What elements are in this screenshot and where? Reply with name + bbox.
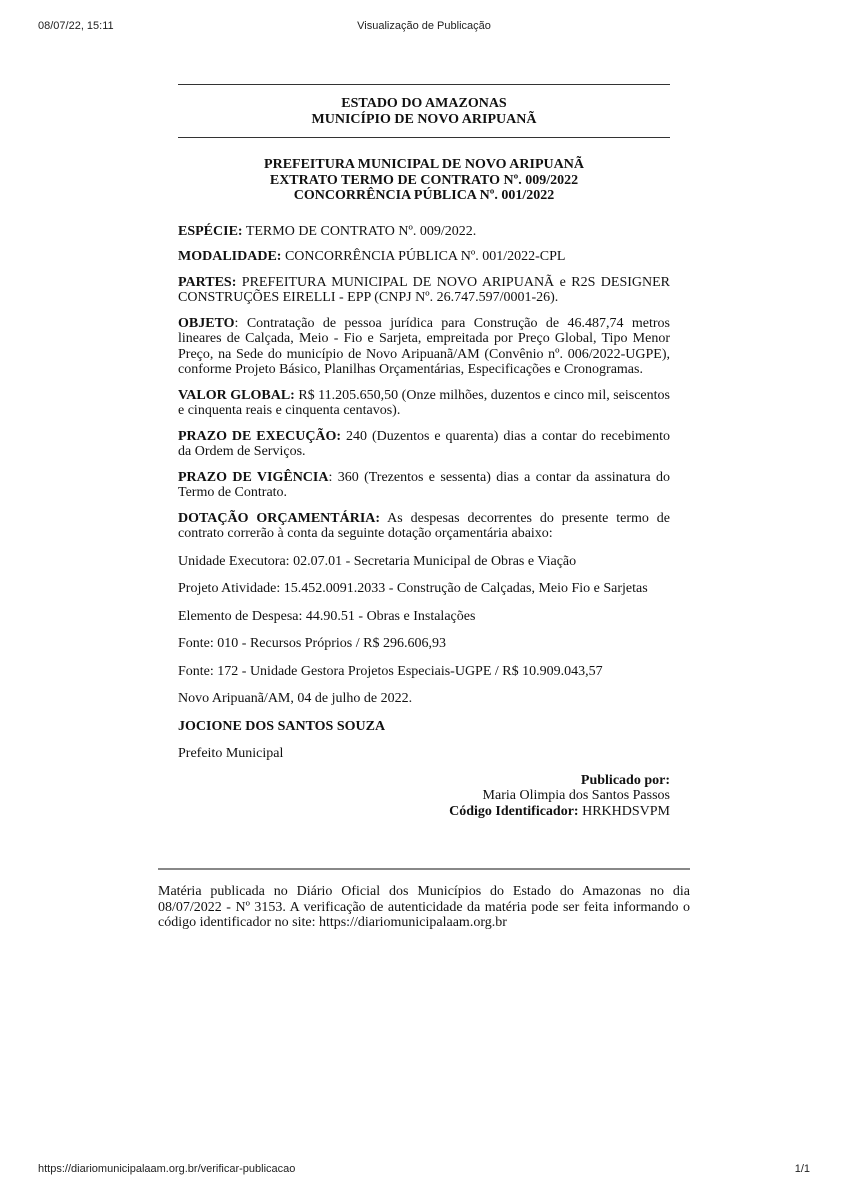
field-label: ESPÉCIE: <box>178 224 243 239</box>
state-header: ESTADO DO AMAZONAS MUNICÍPIO DE NOVO ARI… <box>178 85 670 137</box>
procurement-title: CONCORRÊNCIA PÚBLICA Nº. 001/2022 <box>178 188 670 204</box>
municipality-name: MUNICÍPIO DE NOVO ARIPUANÃ <box>178 112 670 128</box>
code-value: HRKHDSVPM <box>579 804 670 819</box>
budget-projeto-atividade: Projeto Atividade: 15.452.0091.2033 - Co… <box>178 581 670 597</box>
field-objeto: OBJETO: Contratação de pessoa jurídica p… <box>178 316 670 378</box>
field-label: OBJETO <box>178 316 235 331</box>
field-label: PRAZO DE EXECUÇÃO: <box>178 429 341 444</box>
document-title: EXTRATO TERMO DE CONTRATO Nº. 009/2022 <box>178 173 670 189</box>
field-value: CONCORRÊNCIA PÚBLICA Nº. 001/2022-CPL <box>281 249 565 264</box>
field-value: TERMO DE CONTRATO Nº. 009/2022. <box>243 224 477 239</box>
field-modalidade: MODALIDADE: CONCORRÊNCIA PÚBLICA Nº. 001… <box>178 249 670 265</box>
code-label: Código Identificador: <box>449 804 579 819</box>
signer-role: Prefeito Municipal <box>178 746 670 762</box>
footer-rule <box>158 868 690 870</box>
entity-name: PREFEITURA MUNICIPAL DE NOVO ARIPUANÃ <box>178 157 670 173</box>
budget-unidade-executora: Unidade Executora: 02.07.01 - Secretaria… <box>178 554 670 570</box>
print-header: 08/07/22, 15:11 Visualização de Publicaç… <box>0 20 848 36</box>
document-heading: PREFEITURA MUNICIPAL DE NOVO ARIPUANÃ EX… <box>178 138 670 204</box>
publication-footer-note: Matéria publicada no Diário Oficial dos … <box>158 868 690 931</box>
published-by-label: Publicado por: <box>581 773 670 788</box>
budget-fonte-172: Fonte: 172 - Unidade Gestora Projetos Es… <box>178 664 670 680</box>
field-label: MODALIDADE: <box>178 249 281 264</box>
field-value: PREFEITURA MUNICIPAL DE NOVO ARIPUANÃ e … <box>178 275 670 306</box>
footer-note-text: Matéria publicada no Diário Oficial dos … <box>158 884 690 931</box>
field-label: PRAZO DE VIGÊNCIA <box>178 470 328 485</box>
publication-info: Publicado por: Maria Olimpia dos Santos … <box>178 773 670 820</box>
field-prazo-vigencia: PRAZO DE VIGÊNCIA: 360 (Trezentos e sess… <box>178 470 670 501</box>
field-valor-global: VALOR GLOBAL: R$ 11.205.650,50 (Onze mil… <box>178 388 670 419</box>
budget-fonte-010: Fonte: 010 - Recursos Próprios / R$ 296.… <box>178 636 670 652</box>
state-name: ESTADO DO AMAZONAS <box>178 96 670 112</box>
field-label: DOTAÇÃO ORÇAMENTÁRIA: <box>178 511 380 526</box>
published-by-name: Maria Olimpia dos Santos Passos <box>178 788 670 804</box>
field-label: VALOR GLOBAL: <box>178 388 295 403</box>
budget-elemento-despesa: Elemento de Despesa: 44.90.51 - Obras e … <box>178 609 670 625</box>
field-especie: ESPÉCIE: TERMO DE CONTRATO Nº. 009/2022. <box>178 224 670 240</box>
field-dotacao: DOTAÇÃO ORÇAMENTÁRIA: As despesas decorr… <box>178 511 670 542</box>
publication-document: ESTADO DO AMAZONAS MUNICÍPIO DE NOVO ARI… <box>178 84 670 819</box>
field-prazo-execucao: PRAZO DE EXECUÇÃO: 240 (Duzentos e quare… <box>178 429 670 460</box>
print-url: https://diariomunicipalaam.org.br/verifi… <box>38 1163 295 1175</box>
field-label: PARTES: <box>178 275 236 290</box>
page-number: 1/1 <box>795 1163 810 1175</box>
print-footer: https://diariomunicipalaam.org.br/verifi… <box>0 1163 848 1179</box>
print-title: Visualização de Publicação <box>0 20 848 32</box>
field-value: : Contratação de pessoa jurídica para Co… <box>178 316 670 378</box>
signer-name: JOCIONE DOS SANTOS SOUZA <box>178 719 670 735</box>
field-partes: PARTES: PREFEITURA MUNICIPAL DE NOVO ARI… <box>178 275 670 306</box>
place-date: Novo Aripuanã/AM, 04 de julho de 2022. <box>178 691 670 707</box>
